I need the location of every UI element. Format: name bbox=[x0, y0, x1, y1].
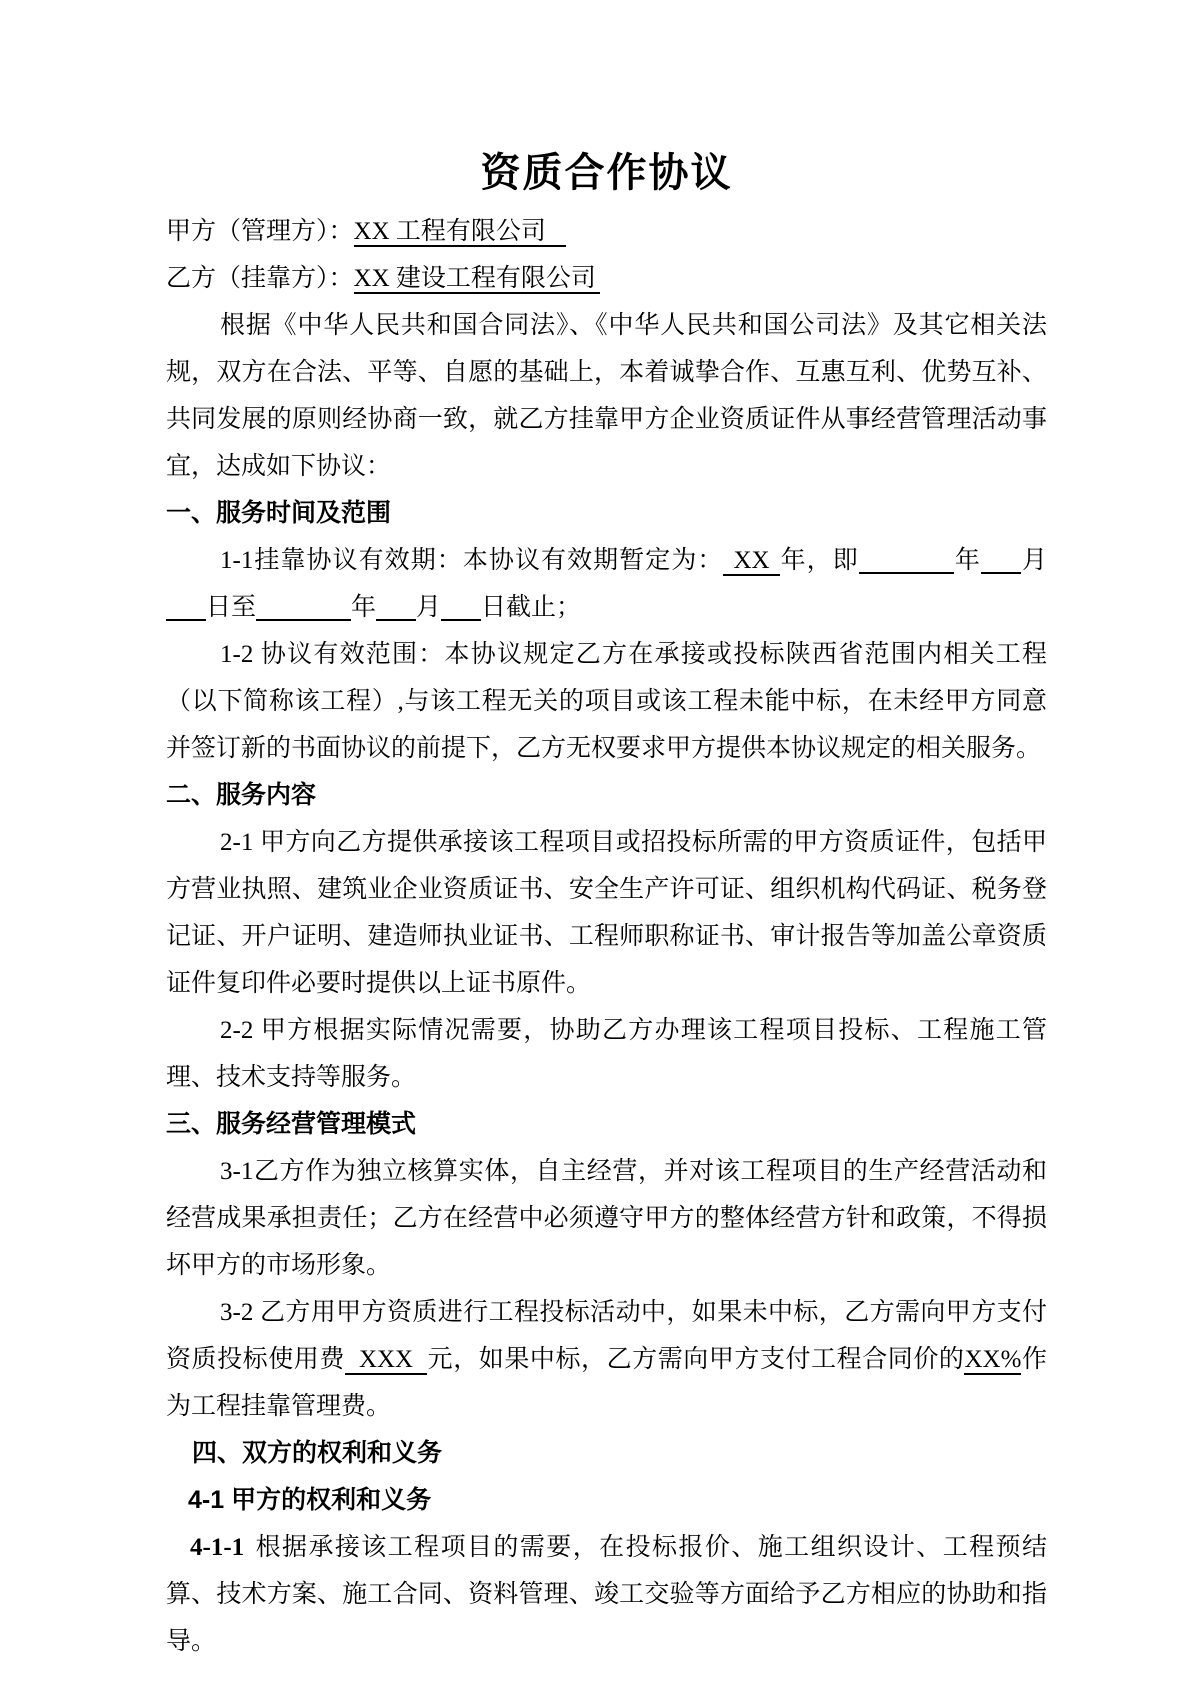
end-month-label: 月 bbox=[416, 594, 441, 621]
party-b-label: 乙方（挂靠方）： bbox=[166, 265, 354, 292]
clause-4-1-1-text: 根据承接该工程项目的需要，在投标报价、施工组织设计、工程预结算、技术方案、施工合… bbox=[166, 1534, 1047, 1655]
clause-1-1-after-term: 年，即 bbox=[780, 547, 859, 574]
clause-3-2-mid: 元，如果中标，乙方需向甲方支付工程合同价的 bbox=[427, 1346, 964, 1373]
end-month-blank-field bbox=[376, 594, 416, 621]
party-a-name-field: XX 工程有限公司 bbox=[354, 218, 566, 247]
term-years-field: XX bbox=[723, 547, 779, 576]
start-year-label: 年 bbox=[954, 547, 981, 574]
clause-1-1-end: 日截止； bbox=[481, 594, 581, 621]
clause-2-2: 2-2 甲方根据实际情况需要，协助乙方办理该工程项目投标、工程施工管理、技术支持… bbox=[166, 1007, 1047, 1101]
clause-1-1: 1-1挂靠协议有效期：本协议有效期暂定为：XX年，即年月日至年月日截止； bbox=[166, 537, 1047, 631]
section-4-1-heading: 4-1 甲方的权利和义务 bbox=[166, 1477, 1047, 1524]
start-month-label: 月 bbox=[1021, 547, 1047, 574]
bid-fee-field: XXX bbox=[345, 1346, 427, 1375]
end-year-blank-field bbox=[256, 594, 351, 621]
start-day-blank-field bbox=[166, 594, 206, 621]
end-year-label: 年 bbox=[351, 594, 376, 621]
management-fee-rate-field: XX% bbox=[964, 1346, 1021, 1375]
clause-1-2: 1-2 协议有效范围：本协议规定乙方在承接或投标陕西省范围内相关工程（以下简称该… bbox=[166, 631, 1047, 772]
start-month-blank-field bbox=[981, 547, 1021, 574]
start-year-blank-field bbox=[859, 547, 954, 574]
section-1-heading: 一、服务时间及范围 bbox=[166, 490, 1047, 537]
section-2-heading: 二、服务内容 bbox=[166, 772, 1047, 819]
clause-3-1: 3-1乙方作为独立核算实体，自主经营，并对该工程项目的生产经营活动和经营成果承担… bbox=[166, 1148, 1047, 1289]
preamble-paragraph: 根据《中华人民共和国合同法》、《中华人民共和国公司法》及其它相关法规，双方在合法… bbox=[166, 302, 1047, 490]
start-day-label: 日至 bbox=[206, 594, 256, 621]
party-b-name-field: XX 建设工程有限公司 bbox=[354, 265, 600, 294]
document-title: 资质合作协议 bbox=[166, 148, 1047, 198]
party-a-line: 甲方（管理方）：XX 工程有限公司 bbox=[166, 208, 1047, 255]
party-b-line: 乙方（挂靠方）：XX 建设工程有限公司 bbox=[166, 255, 1047, 302]
section-3-heading: 三、服务经营管理模式 bbox=[166, 1101, 1047, 1148]
clause-4-1-1-number: 4-1-1 bbox=[190, 1534, 244, 1561]
clause-4-1-1: 4-1-1根据承接该工程项目的需要，在投标报价、施工组织设计、工程预结算、技术方… bbox=[166, 1524, 1047, 1665]
clause-1-1-lead: 1-1挂靠协议有效期：本协议有效期暂定为： bbox=[220, 547, 723, 574]
section-4-heading: 四、双方的权利和义务 bbox=[166, 1430, 1047, 1477]
party-a-label: 甲方（管理方）： bbox=[166, 218, 354, 245]
clause-3-2: 3-2 乙方用甲方资质进行工程投标活动中，如果未中标，乙方需向甲方支付资质投标使… bbox=[166, 1289, 1047, 1430]
end-day-blank-field bbox=[441, 594, 481, 621]
contract-document-page: 资质合作协议 甲方（管理方）：XX 工程有限公司 乙方（挂靠方）：XX 建设工程… bbox=[0, 0, 1190, 1683]
clause-2-1: 2-1 甲方向乙方提供承接该工程项目或招投标所需的甲方资质证件，包括甲方营业执照… bbox=[166, 819, 1047, 1007]
